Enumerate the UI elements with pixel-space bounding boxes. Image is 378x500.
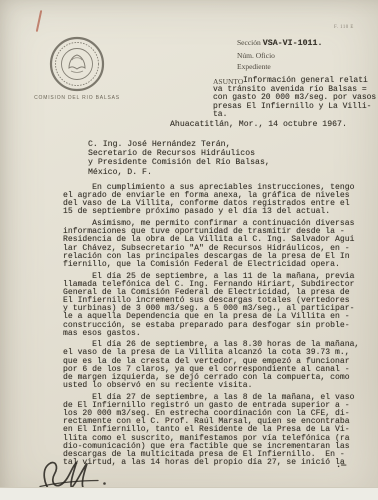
asunto-label: ASUNTO [213, 77, 243, 86]
seal-caption: COMISION DEL RIO BALSAS [12, 95, 142, 101]
official-seal-icon [49, 36, 105, 92]
paragraph-4: El día 26 de septiembre, a las 8.30 hora… [63, 341, 366, 390]
recipient-address: C. Ing. José Hernández Terán, Secretario… [88, 140, 270, 177]
seccion-value: VSA-VI-1011. [263, 39, 323, 48]
dateline: Ahuacatitlán, Mor., 14 octubre 1967. [170, 120, 347, 129]
expediente-label: Expediente [237, 62, 271, 72]
red-pencil-mark [36, 10, 43, 32]
letter-body: En cumplimiento a sus apreciables instru… [63, 184, 366, 471]
scanned-letter-page: COMISION DEL RIO BALSAS F. 110 E Sección… [0, 0, 378, 500]
scan-edge-strip [0, 487, 378, 500]
paragraph-3: El día 25 de septiembre, a las 11 de la … [63, 273, 366, 338]
paragraph-2: Asimismo, me permito confirmar a continu… [63, 220, 366, 269]
num-oficio-label: Núm. Oficio [237, 51, 275, 61]
paragraph-1: En cumplimiento a sus apreciables instru… [63, 184, 366, 217]
page-end-mark: .— [336, 460, 346, 470]
asunto-block: ASUNTO Información general relati va trá… [213, 77, 375, 120]
seccion-line: Sección VSA-VI-1011. [237, 38, 323, 48]
seccion-label: Sección [237, 38, 261, 48]
form-number: F. 110 E [334, 25, 354, 30]
